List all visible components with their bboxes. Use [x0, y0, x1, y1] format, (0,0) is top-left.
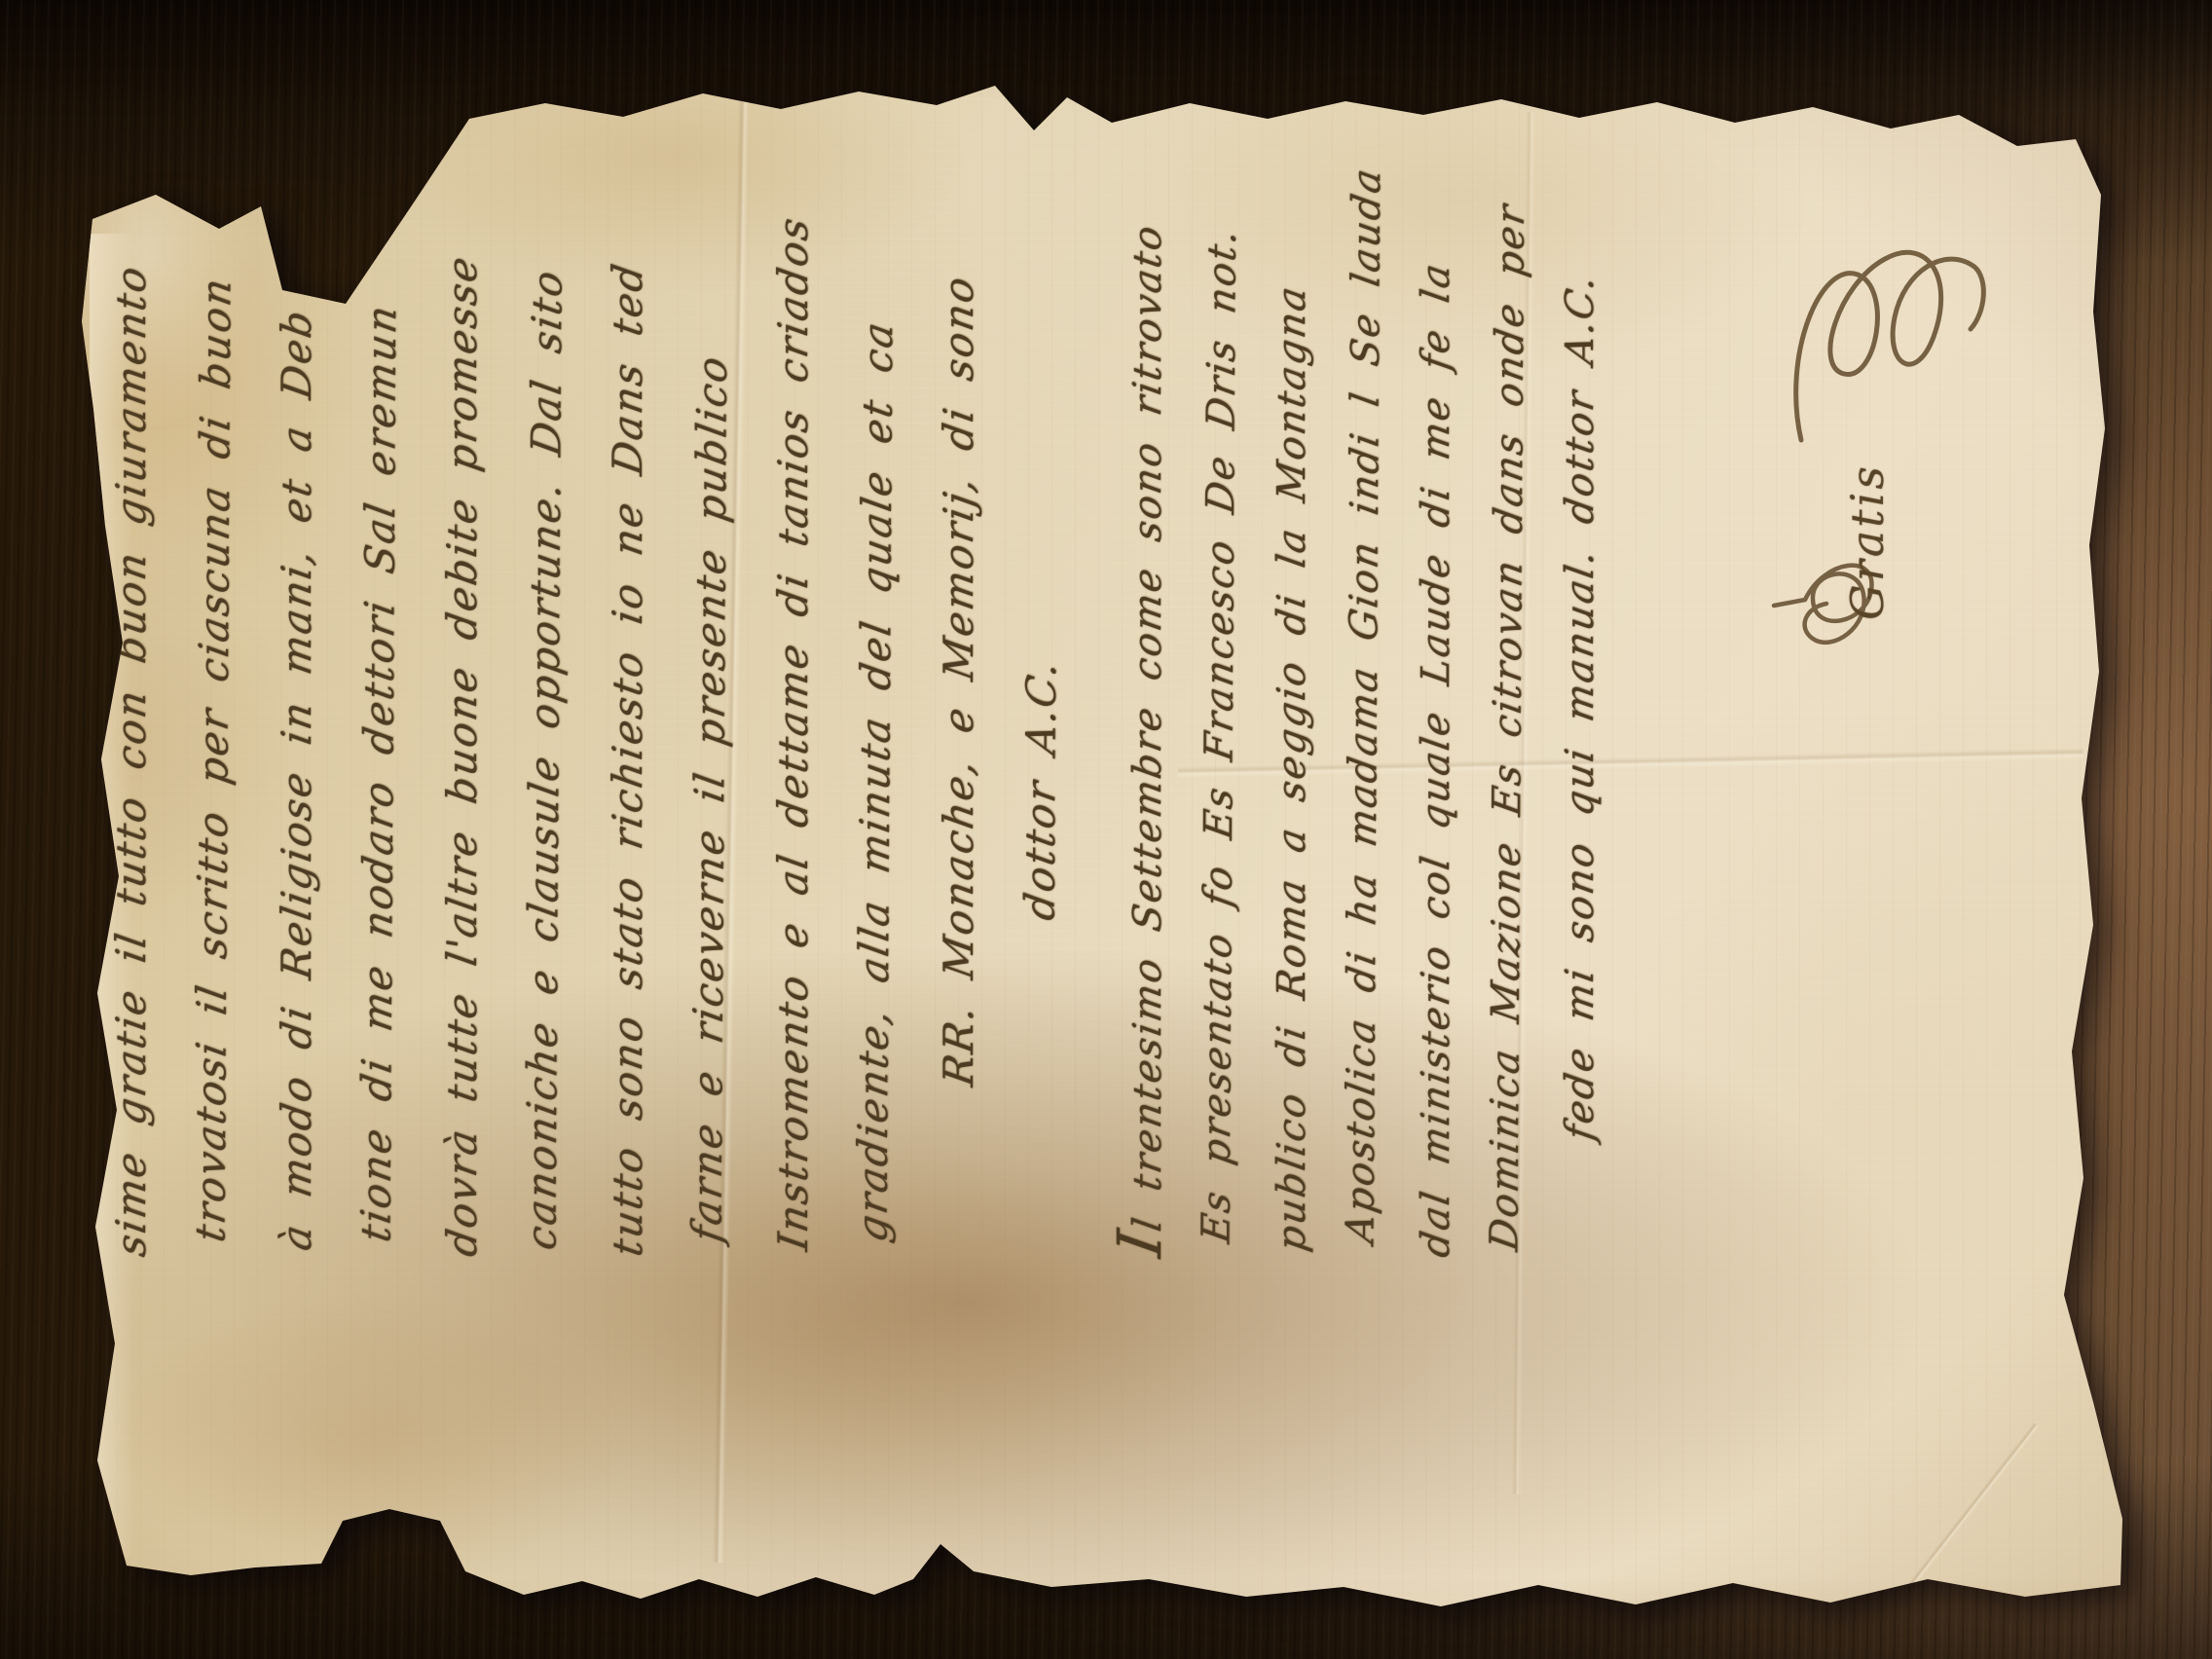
manuscript-line: gradiente, alla minuta del quale et ca: [850, 75, 940, 1266]
paragraph-2: Il trentesimo Settembre come sono ritrov…: [1125, 81, 1630, 1259]
manuscript-line: RR. Monache, e Memorij, di sono: [937, 74, 1019, 1265]
paper-crease: [1901, 1422, 2040, 1596]
manuscript-line: farne e riceverne il presente publico: [684, 75, 774, 1266]
manuscript-line: trovatosi il scritto per ciascuna di buo…: [188, 75, 277, 1266]
handwritten-text-block: sime gratie il tutto con buon giuramento…: [109, 81, 1628, 1259]
manuscript-line: Instromento e al dettame di tanios criad…: [771, 74, 854, 1265]
manuscript-line: Il trentesimo Settembre come sono ritrov…: [1125, 75, 1198, 1265]
manuscript-line: sime gratie il tutto con buon giuramento: [109, 74, 192, 1265]
manuscript-paper: sime gratie il tutto con buon giuramento…: [0, 0, 2212, 1659]
manuscript-line: publico di Roma a seggio di la Montagna: [1270, 75, 1342, 1265]
manuscript-line: canoniche e clausule opportune. Dal sito: [519, 75, 608, 1266]
manuscript-line: tutto sono stato richiesto io ne Dans te…: [606, 74, 688, 1265]
manuscript-line: à modo di Religiose in mani, et a Deb: [275, 74, 357, 1265]
signature-cluster: Gratis: [1752, 222, 2015, 680]
manuscript-line: tione di me nodaro dettori Sal eremun: [353, 75, 443, 1266]
manuscript-line: dovrà tutte l'altre buone debite promess…: [440, 74, 523, 1265]
manuscript-line-signoff: fede mi sono qui manual. dottor A.C.: [1558, 75, 1630, 1265]
paper-shadow: sime gratie il tutto con buon giuramento…: [0, 0, 2212, 1659]
manuscript-line-signoff: dottor A.C.: [1015, 75, 1105, 1266]
signature-paraph: [1762, 543, 1908, 670]
manuscript-line: Dominica Mazione Es citrovan dans onde p…: [1482, 76, 1561, 1265]
manuscript-line: Es presentato fo Es Francesco De Dris no…: [1194, 76, 1272, 1265]
paragraph-1: sime gratie il tutto con buon giuramento…: [109, 81, 1102, 1259]
photo-of-manuscript: sime gratie il tutto con buon giuramento…: [0, 0, 2212, 1659]
manuscript-line: dal ministerio col quale Laude di me fe …: [1414, 75, 1486, 1265]
manuscript-line: Apostolica di ha madama Gion indi l Se l…: [1338, 76, 1417, 1265]
